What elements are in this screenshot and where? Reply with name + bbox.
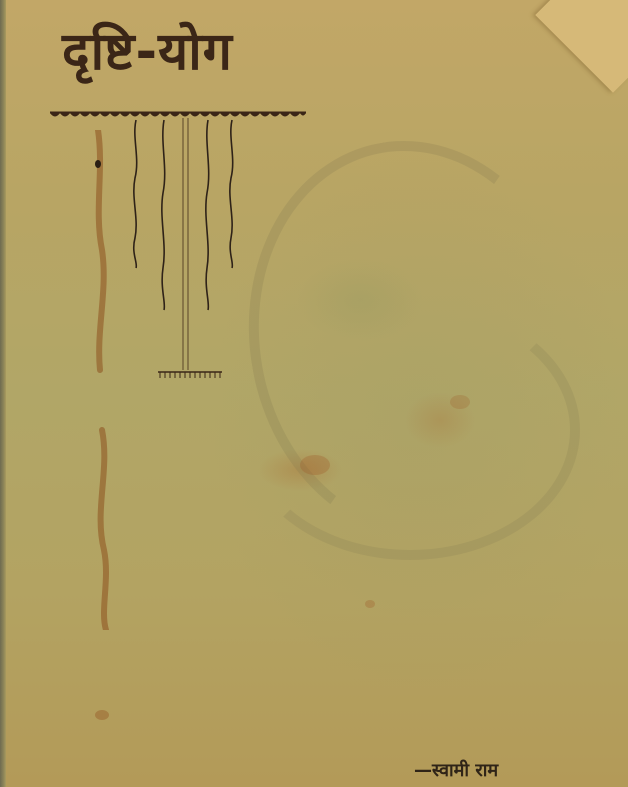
stain-spot xyxy=(450,395,470,409)
wavy-line-4 xyxy=(230,120,233,268)
stain-spot xyxy=(365,600,375,608)
wavy-line-3 xyxy=(206,120,209,310)
torn-corner xyxy=(535,0,628,93)
wavy-line-2 xyxy=(162,120,165,310)
stain-spot xyxy=(300,455,330,475)
hanging-lines-illustration xyxy=(120,118,240,388)
author-name: —स्वामी राम xyxy=(414,758,498,782)
book-spine-edge xyxy=(0,0,6,787)
water-stain-ring-lower xyxy=(240,300,580,560)
book-title: दृष्टि-योग xyxy=(62,26,233,78)
book-cover: दृष्टि-योग —स्वामी राम xyxy=(0,0,628,787)
stain-spot xyxy=(95,160,101,168)
stain-spot xyxy=(95,710,109,720)
rust-stain-streak xyxy=(90,130,120,630)
wavy-line-1 xyxy=(134,120,137,268)
